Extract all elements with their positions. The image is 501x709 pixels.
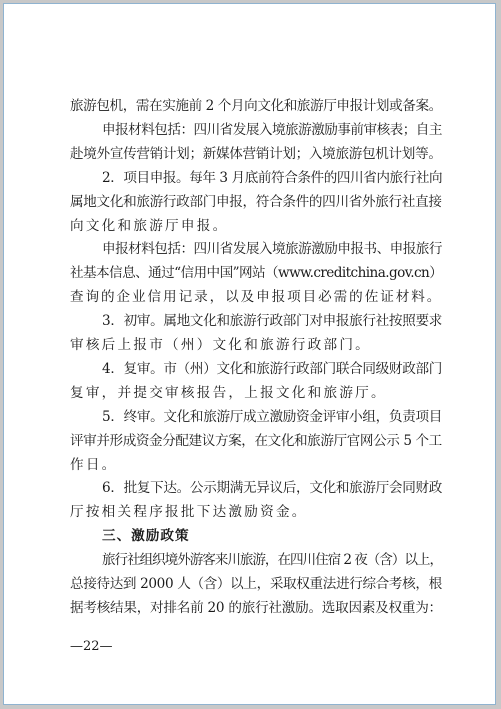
page-number: —22— bbox=[70, 639, 113, 654]
text-line: 申报材料包括：四川省发展入境旅游激励申报书、申报旅行 bbox=[102, 240, 442, 258]
text-line: 审核后上报市（州）文化和旅游行政部门。 bbox=[70, 336, 442, 354]
text-line: 属地文化和旅游行政部门申报，符合条件的四川省外旅行社直接 bbox=[70, 193, 442, 211]
text-line: 复审，并提交审核报告，上报文化和旅游厅。 bbox=[70, 384, 442, 402]
text-line: 旅游包机，需在实施前 2 个月向文化和旅游厅申报计划或备案。 bbox=[70, 97, 442, 115]
text-line: 5．终审。文化和旅游厅成立激励资金评审小组，负责项目 bbox=[102, 408, 442, 426]
text-line: 向文化和旅游厅申报。 bbox=[70, 217, 442, 235]
text-line: 3．初审。属地文化和旅游行政部门对申报旅行社按照要求 bbox=[102, 312, 442, 330]
text-line: 4．复审。市（州）文化和旅游行政部门联合同级财政部门 bbox=[102, 360, 442, 378]
text-line: 2．项目申报。每年 3 月底前符合条件的四川省内旅行社向 bbox=[102, 169, 442, 187]
text-line: 总接待达到 2000 人（含）以上，采取权重法进行综合考核，根 bbox=[70, 575, 442, 593]
document-page: 旅游包机，需在实施前 2 个月向文化和旅游厅申报计划或备案。申报材料包括：四川省… bbox=[3, 3, 496, 705]
text-line: 据考核结果，对排名前 20 的旅行社激励。选取因素及权重为： bbox=[70, 599, 442, 617]
text-line: 厅按相关程序报批下达激励资金。 bbox=[70, 503, 442, 521]
text-line: 社基本信息、通过“信用中国”网站（www.creditchina.gov.cn） bbox=[70, 264, 442, 282]
text-line: 旅行社组织境外游客来川旅游，在四川住宿 2 夜（含）以上， bbox=[102, 551, 442, 569]
text-line: 评审并形成资金分配建议方案，在文化和旅游厅官网公示 5 个工 bbox=[70, 432, 442, 450]
text-line: 作日。 bbox=[70, 456, 442, 474]
text-line: 赴境外宣传营销计划；新媒体营销计划；入境旅游包机计划等。 bbox=[70, 145, 442, 163]
text-line: 查询的企业信用记录，以及申报项目必需的佐证材料。 bbox=[70, 288, 442, 306]
text-line: 6．批复下达。公示期满无异议后，文化和旅游厅会同财政 bbox=[102, 479, 442, 497]
section-heading: 三、激励政策 bbox=[102, 527, 442, 545]
text-line: 申报材料包括：四川省发展入境旅游激励事前审核表；自主 bbox=[102, 121, 442, 139]
